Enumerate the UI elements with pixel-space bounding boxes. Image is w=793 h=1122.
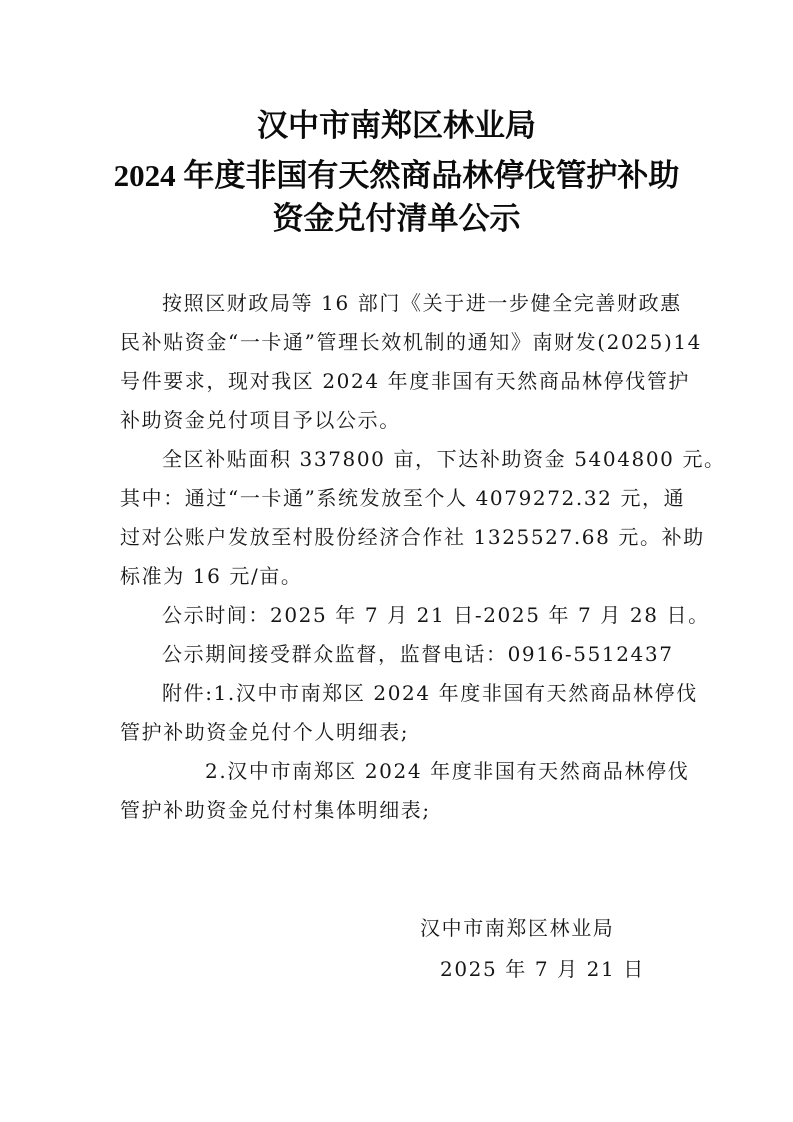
signature-date: 2025 年 7 月 21 日 bbox=[440, 953, 645, 982]
paragraph-2-line-4: 标准为 16 元/亩。 bbox=[120, 557, 673, 596]
publicity-period: 公示时间：2025 年 7 月 21 日-2025 年 7 月 28 日。 bbox=[120, 596, 673, 635]
attachment-1-line-1: 附件:1.汉中市南郑区 2024 年度非国有天然商品林停伐 bbox=[120, 674, 673, 713]
attachment-1-line-2: 管护补助资金兑付个人明细表; bbox=[120, 713, 673, 752]
attachment-2-line-1: 2.汉中市南郑区 2024 年度非国有天然商品林停伐 bbox=[120, 752, 673, 791]
document-title-line-2: 2024 年度非国有天然商品林停伐管护补助 bbox=[0, 156, 793, 196]
document-title-line-1: 汉中市南郑区林业局 bbox=[0, 106, 793, 146]
document-title-line-3: 资金兑付清单公示 bbox=[0, 199, 793, 239]
paragraph-1-line-2: 民补贴资金“一卡通”管理长效机制的通知》南财发(2025)14 bbox=[120, 323, 673, 362]
paragraph-2-line-3: 过对公账户发放至村股份经济合作社 1325527.68 元。补助 bbox=[120, 518, 673, 557]
paragraph-2-line-1: 全区补贴面积 337800 亩，下达补助资金 5404800 元。 bbox=[120, 440, 673, 479]
paragraph-2-line-2: 其中：通过“一卡通”系统发放至个人 4079272.32 元，通 bbox=[120, 479, 673, 518]
signature-organization: 汉中市南郑区林业局 bbox=[420, 912, 614, 941]
attachment-2-line-2: 管护补助资金兑付村集体明细表; bbox=[120, 791, 673, 830]
paragraph-1-line-1: 按照区财政局等 16 部门《关于进一步健全完善财政惠 bbox=[120, 284, 673, 323]
document-body: 按照区财政局等 16 部门《关于进一步健全完善财政惠 民补贴资金“一卡通”管理长… bbox=[120, 284, 673, 830]
paragraph-1-line-3: 号件要求，现对我区 2024 年度非国有天然商品林停伐管护 bbox=[120, 362, 673, 401]
supervision-phone: 公示期间接受群众监督，监督电话：0916-5512437 bbox=[120, 635, 673, 674]
document-page: 汉中市南郑区林业局 2024 年度非国有天然商品林停伐管护补助 资金兑付清单公示… bbox=[0, 0, 793, 1122]
paragraph-1-line-4: 补助资金兑付项目予以公示。 bbox=[120, 401, 673, 440]
